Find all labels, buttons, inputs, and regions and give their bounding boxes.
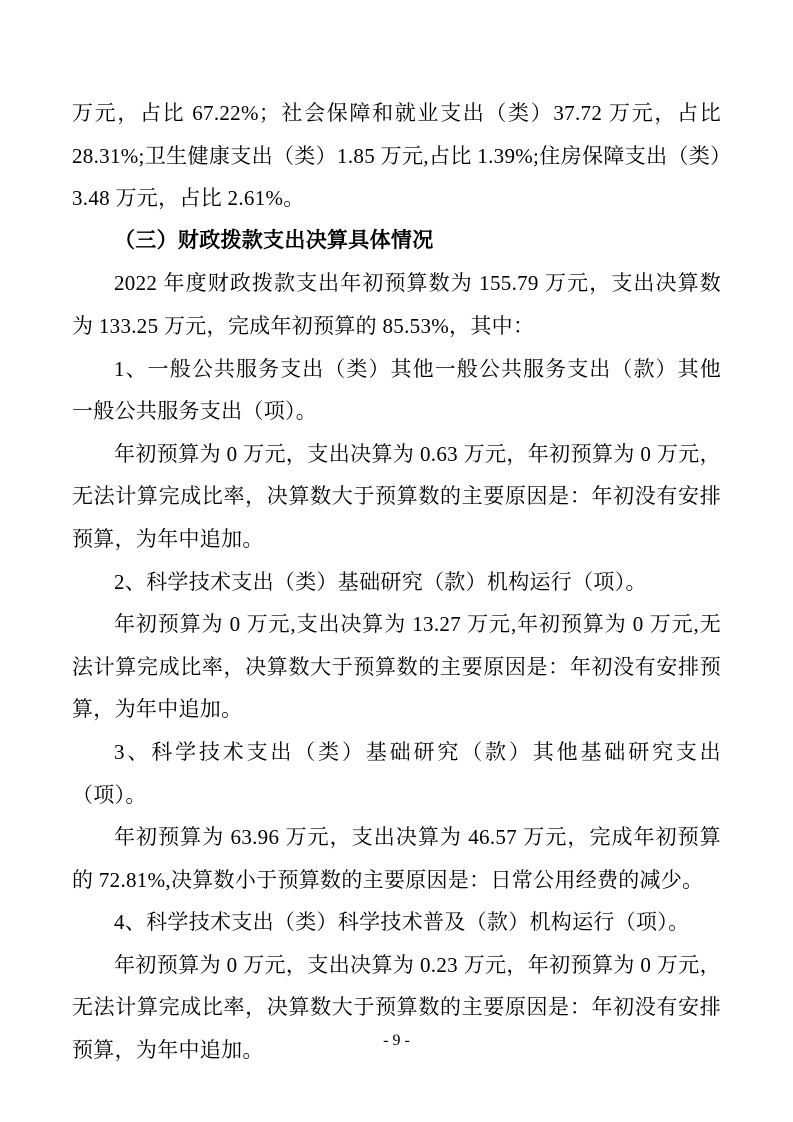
paragraph-continuation-expenditure-shares: 万元，占比 67.22%；社会保障和就业支出（类）37.72 万元，占比 28.… <box>72 92 721 220</box>
paragraph-item-2-title: 2、科学技术支出（类）基础研究（款）机构运行（项）。 <box>72 561 721 604</box>
paragraph-item-1-detail: 年初预算为 0 万元，支出决算为 0.63 万元，年初预算为 0 万元，无法计算… <box>72 433 721 561</box>
paragraph-item-2-detail: 年初预算为 0 万元,支出决算为 13.27 万元,年初预算为 0 万元,无法计… <box>72 603 721 731</box>
document-body: 万元，占比 67.22%；社会保障和就业支出（类）37.72 万元，占比 28.… <box>72 92 721 1072</box>
paragraph-item-3-title: 3、科学技术支出（类）基础研究（款）其他基础研究支出（项）。 <box>72 731 721 816</box>
page-number: - 9 - <box>0 1030 793 1052</box>
paragraph-budget-summary: 2022 年度财政拨款支出年初预算数为 155.79 万元，支出决算数为 133… <box>72 262 721 347</box>
paragraph-item-1-title: 1、一般公共服务支出（类）其他一般公共服务支出（款）其他一般公共服务支出（项）。 <box>72 348 721 433</box>
paragraph-item-4-detail: 年初预算为 0 万元，支出决算为 0.23 万元，年初预算为 0 万元，无法计算… <box>72 944 721 1072</box>
document-page: 万元，占比 67.22%；社会保障和就业支出（类）37.72 万元，占比 28.… <box>0 0 793 1122</box>
paragraph-item-3-detail: 年初预算为 63.96 万元，支出决算为 46.57 万元，完成年初预算的 72… <box>72 816 721 901</box>
section-heading-fiscal-expenditure-details: （三）财政拨款支出决算具体情况 <box>72 220 721 263</box>
paragraph-item-4-title: 4、科学技术支出（类）科学技术普及（款）机构运行（项）。 <box>72 901 721 944</box>
